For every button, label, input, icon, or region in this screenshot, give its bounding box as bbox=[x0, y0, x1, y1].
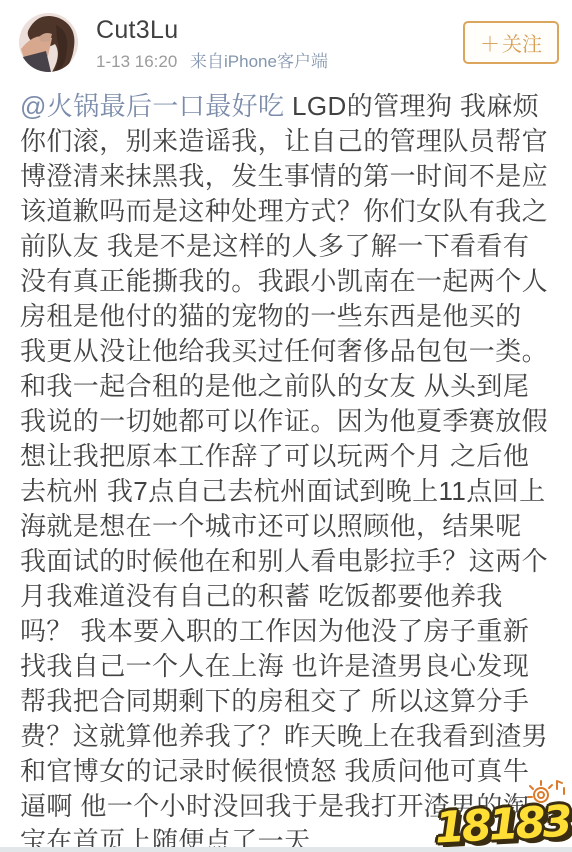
username[interactable]: Cut3Lu bbox=[96, 15, 328, 45]
timestamp: 1-13 16:20 bbox=[96, 52, 177, 71]
follow-button[interactable]: ＋ 关注 bbox=[463, 21, 559, 64]
post-meta-line: 1-13 16:20 来自iPhone客户端 bbox=[96, 51, 328, 72]
post-text: LGD的管理狗 我麻烦你们滚，别来造谣我，让自己的管理队员帮官博澄清来抹黑我，发… bbox=[20, 91, 548, 852]
weibo-post-page: Cut3Lu 1-13 16:20 来自iPhone客户端 ＋ 关注 @火锅最后… bbox=[0, 0, 572, 852]
post-header: Cut3Lu 1-13 16:20 来自iPhone客户端 ＋ 关注 bbox=[0, 0, 572, 72]
plus-icon: ＋ bbox=[480, 28, 500, 57]
bottom-divider bbox=[0, 847, 572, 852]
avatar-girl-illustration bbox=[19, 13, 78, 72]
post-content: @火锅最后一口最好吃 LGD的管理狗 我麻烦你们滚，别来造谣我，让自己的管理队员… bbox=[0, 72, 572, 852]
mention-link[interactable]: @火锅最后一口最好吃 bbox=[20, 91, 284, 121]
follow-button-label: 关注 bbox=[502, 28, 542, 57]
avatar[interactable] bbox=[19, 13, 78, 72]
user-meta: Cut3Lu 1-13 16:20 来自iPhone客户端 bbox=[96, 13, 328, 72]
source-link[interactable]: 来自iPhone客户端 bbox=[190, 52, 328, 71]
